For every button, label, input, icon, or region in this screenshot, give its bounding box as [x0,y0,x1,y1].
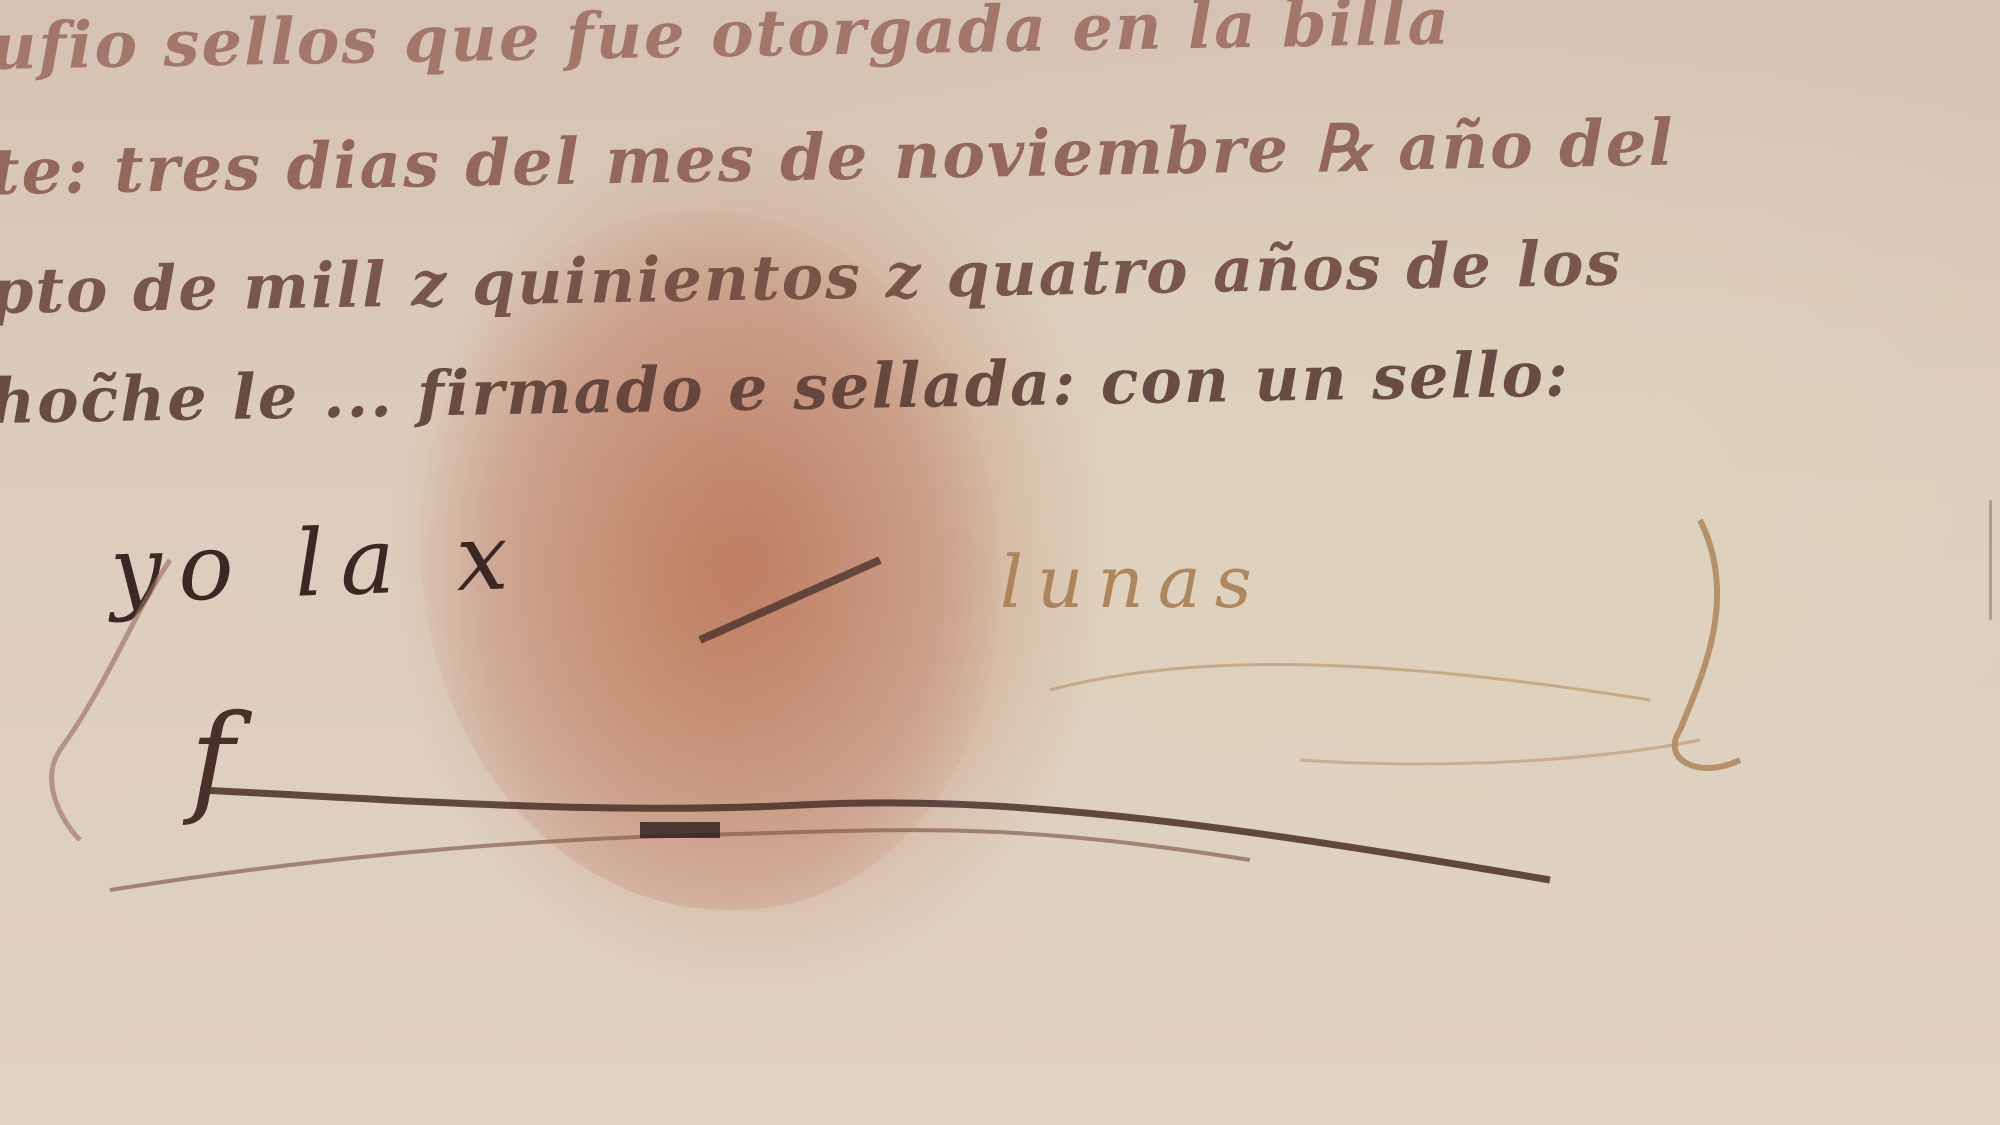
text-line-1: ufio sellos que fue otorgada en la billa [0,0,1452,85]
edge-ink-mark [1989,500,1992,620]
text-line-4: hoc̃he le ... firmado e sellada: con un … [0,337,1570,438]
text-line-2: te: tres dias del mes de noviembre ℞ año… [0,106,1675,210]
parchment-page: ufio sellos que fue otorgada en la billa… [0,0,2000,1125]
signature-main: yo la x [108,503,525,624]
text-line-3: pto de mill z quinientos z quatro años d… [0,227,1623,328]
signature-initial: f [190,690,234,829]
signature-tail: lunas [1000,540,1266,624]
